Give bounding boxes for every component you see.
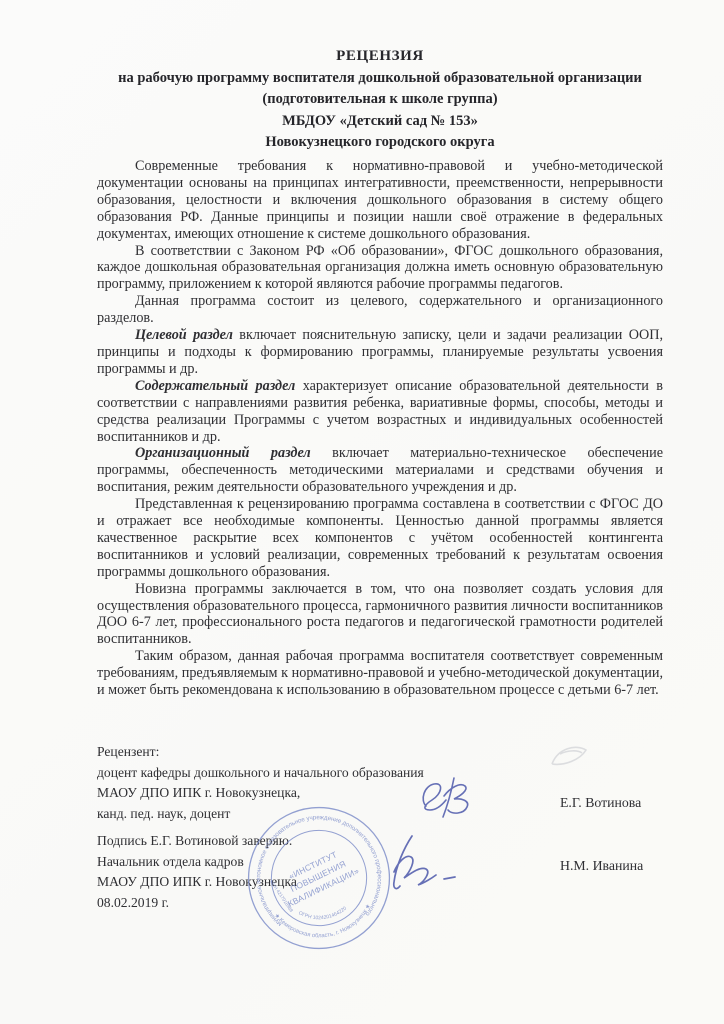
body-paragraph: Целевой раздел включает пояснительную за… [97,327,663,378]
document-page: РЕЦЕНЗИЯ на рабочую программу воспитател… [0,0,724,1024]
body-text: Современные требования к нормативно-прав… [97,158,663,699]
body-paragraph: Данная программа состоит из целевого, со… [97,293,663,327]
subtitle-line: на рабочую программу воспитателя дошколь… [90,68,670,90]
body-paragraph: Современные требования к нормативно-прав… [97,158,663,243]
paragraph-text: В соответствии с Законом РФ «Об образова… [97,243,663,293]
reviewer-line: доцент кафедры дошкольного и начального … [97,763,424,784]
paragraph-text: Современные требования к нормативно-прав… [97,158,663,242]
body-paragraph: В соответствии с Законом РФ «Об образова… [97,243,663,294]
paragraph-text: Представленная к рецензированию программ… [97,496,663,580]
pencil-mark [546,740,596,774]
subtitle-line: МБДОУ «Детский сад № 153» [90,111,670,133]
paragraph-lead: Организационный раздел [135,445,311,461]
title-block: РЕЦЕНЗИЯ на рабочую программу воспитател… [90,46,670,154]
paragraph-lead: Целевой раздел [135,327,233,343]
reviewer-label: Рецензент: [97,742,424,763]
body-paragraph: Таким образом, данная рабочая программа … [97,648,663,699]
stamp-ogrn-text: ОГРН 1024201464220 [297,905,349,924]
paragraph-lead: Содержательный раздел [135,378,295,394]
paragraph-text: Данная программа состоит из целевого, со… [97,293,663,326]
subtitle-line: Новокузнецкого городского округа [90,132,670,154]
body-paragraph: Новизна программы заключается в том, что… [97,581,663,649]
svg-text:ОГРН 1024201464220: ОГРН 1024201464220 [297,905,349,924]
certifier-name: Н.М. Иванина [560,858,643,874]
votinova-signature [408,770,503,828]
body-paragraph: Организационный раздел включает материал… [97,445,663,496]
paragraph-text: Таким образом, данная рабочая программа … [97,648,663,698]
official-stamp: муниципальное автономное образовательное… [235,794,402,961]
document-title: РЕЦЕНЗИЯ [90,46,670,68]
subtitle-line: (подготовительная к школе группа) [90,89,670,111]
paragraph-text: Новизна программы заключается в том, что… [97,581,663,648]
stamp-center-text: «ИНСТИТУТ ПОВЫШЕНИЯ КВАЛИФИКАЦИИ» [275,844,360,909]
body-paragraph: Содержательный раздел характеризует опис… [97,378,663,446]
body-paragraph: Представленная к рецензированию программ… [97,496,663,581]
reviewer-name: Е.Г. Вотинова [560,795,641,811]
